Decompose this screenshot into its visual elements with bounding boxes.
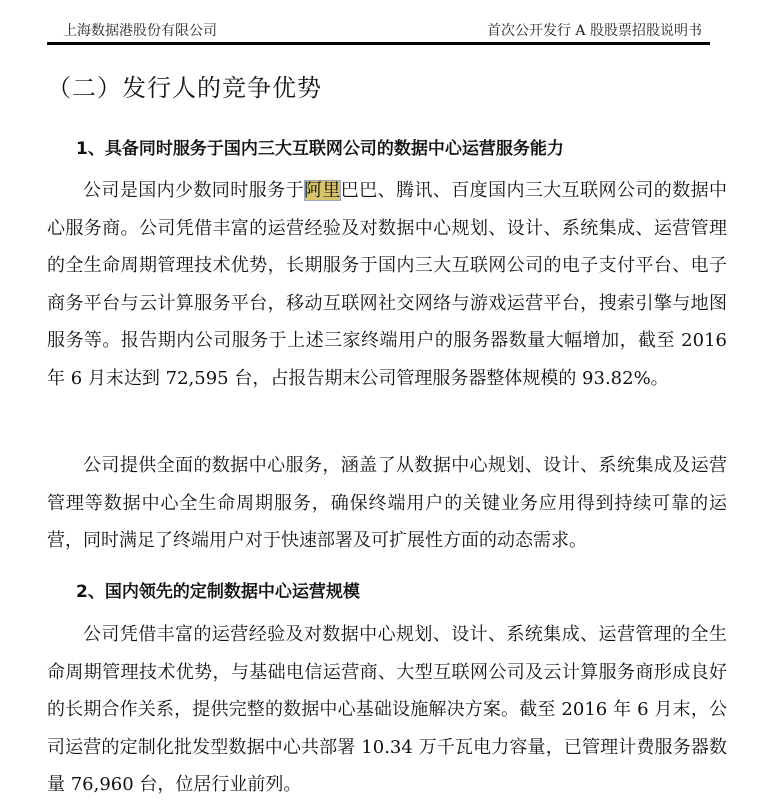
paragraph-text: 公司是国内少数同时服务于 bbox=[83, 180, 304, 201]
company-name: 上海数据港股份有限公司 bbox=[63, 20, 217, 40]
paragraph-3: 公司凭借丰富的运营经验及对数据中心规划、设计、系统集成、运营管理的全生命周期管理… bbox=[47, 616, 727, 804]
paragraph-1: 公司是国内少数同时服务于阿里巴巴、腾讯、百度国内三大互联网公司的数据中心服务商。… bbox=[47, 172, 727, 397]
page-header: 上海数据港股份有限公司 首次公开发行 A 股股票招股说明书 bbox=[47, 18, 710, 45]
section-title: （二）发行人的竞争优势 bbox=[47, 68, 322, 103]
paragraph-text: 巴巴、腾讯、百度国内三大互联网公司的数据中心服务商。公司凭借丰富的运营经验及对数… bbox=[47, 180, 727, 389]
subsection-title-2: 2、国内领先的定制数据中心运营规模 bbox=[76, 577, 360, 602]
search-highlight[interactable]: 阿里 bbox=[304, 180, 341, 201]
paragraph-2: 公司提供全面的数据中心服务，涵盖了从数据中心规划、设计、系统集成及运营管理等数据… bbox=[47, 447, 727, 560]
document-title: 首次公开发行 A 股股票招股说明书 bbox=[487, 20, 702, 40]
subsection-title-1: 1、具备同时服务于国内三大互联网公司的数据中心运营服务能力 bbox=[76, 134, 564, 159]
